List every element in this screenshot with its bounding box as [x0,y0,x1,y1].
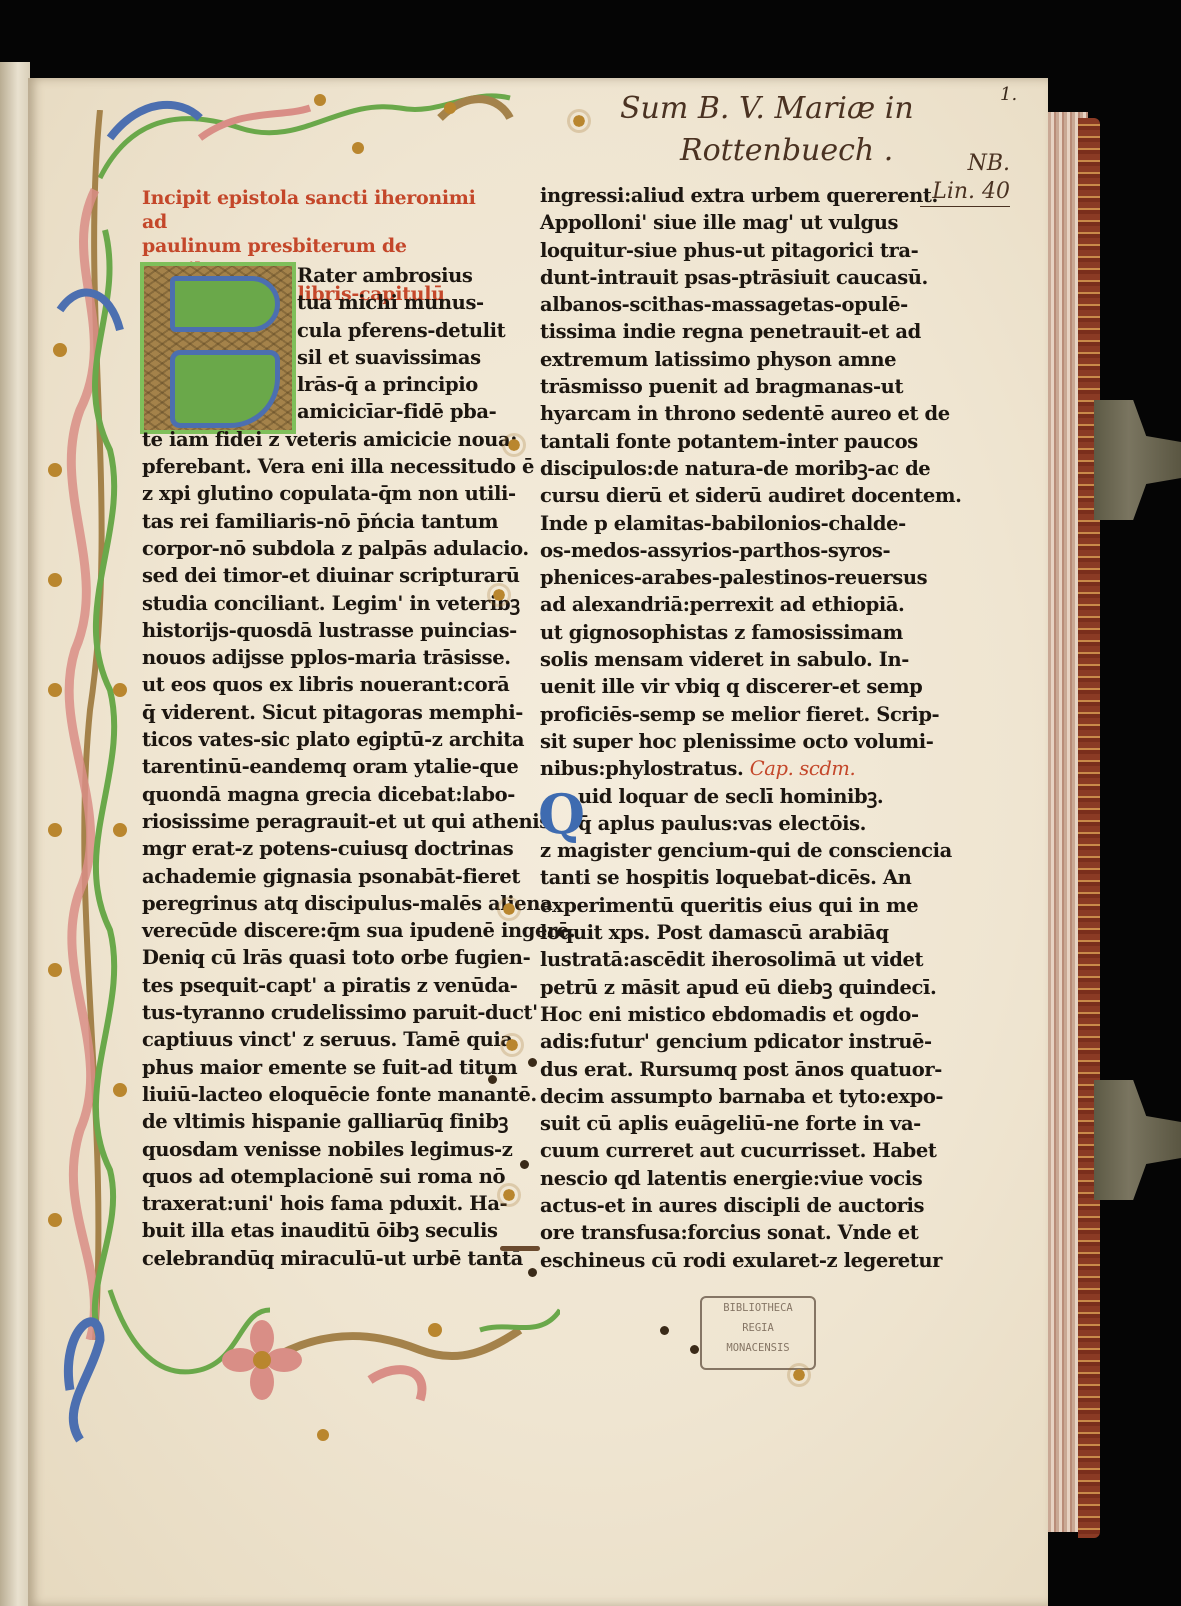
text-line: celebrandūq miraculū-ut urbē tantā [142,1245,492,1272]
provenance-line: Sum B. V. Mariæ in [620,88,960,130]
text-line: quosdam venisse nobiles legimus-z [142,1136,492,1163]
text-line: amicicīar-fidē pba- [142,398,492,425]
provenance-inscription: Sum B. V. Mariæ in Rottenbuech . [620,88,960,172]
text-line: discipulos:de natura-de moribꝫ-ac de [540,455,895,482]
text-line: experimentū queritis eius qui in me [540,892,895,919]
left-text-column: Rater ambrosius tua michi munus- cula pf… [142,262,492,1272]
text-line: Appolloni' siue ille mag' ut vulgus [540,209,895,236]
gold-sun-ornament [570,112,588,130]
gold-sun-ornament [505,436,523,454]
previous-page-edge [0,62,30,1606]
pricking-hole [528,1058,537,1067]
text-line: liuiū-lacteo eloquēcie fonte manantē. [142,1081,492,1108]
stamp-line: BIBLIOTHECA [702,1298,814,1318]
rubric-line: Incipit epistola sancti iheronimi ad [142,186,502,234]
text-line: historijs-quosdā lustrasse puincias- [142,617,492,644]
text-line: captiuus vinct' z seruus. Tamē quia [142,1026,492,1053]
text-line: solis mensam videret in sabulo. In- [540,646,895,673]
text-line: actus-et in aures discipli de auctoris [540,1192,895,1219]
text-line: de vltimis hispanie galliarūq finibꝫ [142,1108,492,1135]
text-line: achademie gignasia psonabāt-fieret [142,863,492,890]
provenance-line: Rottenbuech . [620,130,960,172]
text-line: lrās-q̄ a principio [142,371,492,398]
text-line: uenit ille vir vbiq q discerer-et semp [540,673,895,700]
text-line: z xpi glutino copulata-q̄m non utili- [142,480,492,507]
text-line: tissima indie regna penetrauit-et ad [540,318,895,345]
text-line: riosissime peragrauit-et ut qui athenis [142,808,492,835]
text-line: uid loquar de seclī hominibꝫ. [540,783,895,810]
folio-number: 1. [1000,84,1017,105]
text-line: sit super hoc plenissime octo volumi- [540,728,895,755]
text-line: Deniq cū lrās quasi toto orbe fugien- [142,944,492,971]
blue-initial-q: Q [538,788,580,840]
text-line: tes psequit-capt' a piratis z venūda- [142,972,492,999]
text-line: dunt-intrauit psas-ptrāsiuit caucasū. [540,264,895,291]
stamp-line: MONACENSIS [702,1338,814,1358]
text-line: sed dei timor-et diuinar scripturarū [142,562,492,589]
gold-sun-ornament [503,1036,521,1054]
text-line: studia conciliant. Legim' in veteribꝫ [142,590,492,617]
text-line: ut eos quos ex libris nouerant:corā [142,671,492,698]
text-line: Rater ambrosius [142,262,492,289]
text-line: peregrinus atq discipulus-malēs aliena [142,890,492,917]
gold-sun-ornament [790,1366,808,1384]
text-line: ut gignosophistas z famosissimam [540,619,895,646]
text-line: cursu dierū et siderū audiret docentem. [540,482,895,509]
text-line: trāsmisso puenit ad bragmanas-ut [540,373,895,400]
text-line: pferebant. Vera eni illa necessitudo ē [142,453,492,480]
pricking-hole [488,1075,497,1084]
text-line: Hoc eni mistico ebdomadis et ogdo- [540,1001,895,1028]
text-line: tua michi munus- [142,289,492,316]
text-line: tantali fonte potantem-inter paucos [540,428,895,455]
text-line: lustratā:ascēdit iherosolimā ut videt [540,946,895,973]
library-stamp: BIBLIOTHECA REGIA MONACENSIS [700,1296,816,1370]
text-line: dus erat. Rursumq post ānos quatuor- [540,1056,895,1083]
text-line: albanos-scithas-massagetas-opulē- [540,291,895,318]
left-border-ornament [40,110,130,1340]
upper-clasp [1094,400,1181,520]
paragraph-mark [500,1246,540,1251]
text-line: q̄ viderent. Sicut pitagoras memphi- [142,699,492,726]
text-line: Inde p elamitas-babilonios-chalde- [540,510,895,537]
text-line-with-chapter: nibus:phylostratus. Cap. scdm. [540,755,895,782]
text-line: loquit xps. Post damascū arabiāq [540,919,895,946]
text-line: hyarcam in throno sedentē aureo et de [540,400,895,427]
text-line: decim assumpto barnaba et tyto:expo- [540,1083,895,1110]
right-text-column: ingressi:aliud extra urbem quererent. Ap… [540,182,895,1274]
text-line: z magister gencium-qui de consciencia [540,837,895,864]
text-line: nouos adijsse pplos-maria trāsisse. [142,644,492,671]
stamp-line: REGIA [702,1318,814,1338]
text-line: tus-tyranno crudelissimo paruit-duct' [142,999,492,1026]
text-line: buit illa etas inauditū ōibꝫ seculis [142,1217,492,1244]
text-line: phus maior emente se fuit-ad titum [142,1054,492,1081]
text-line: phenices-arabes-palestinos-reuersus [540,564,895,591]
text-line: ad alexandriā:perrexit ad ethiopiā. [540,591,895,618]
text-line: cula pferens-detulit [142,317,492,344]
shelf-mark-line: NB. [920,150,1010,178]
text-line: traxerat:uni' hois fama pduxit. Ha- [142,1190,492,1217]
chapter-rubric: Cap. scdm. [750,757,856,780]
gold-sun-ornament [490,586,508,604]
pricking-hole [528,1268,537,1277]
text-line: nescio qd latentis energie:viue vocis [540,1165,895,1192]
text-line: mgr erat-z potens-cuiusq doctrinas [142,835,492,862]
text-line: petrū z māsit apud eū diebꝫ quindecī. [540,974,895,1001]
gold-sun-ornament [500,1186,518,1204]
text-line: quondā magna grecia dicebat:labo- [142,781,492,808]
text-line: adis:futur' gencium pdicator instruē- [540,1028,895,1055]
text-line: eschineus cū rodi exularet-z legeretur [540,1247,895,1274]
text-line: tarentinū-eandemq oram ytalie-que [142,753,492,780]
pricking-hole [690,1345,699,1354]
bottom-border-ornament [40,1270,560,1470]
text-line: corpor-nō subdola z palpās adulacio. [142,535,492,562]
text-segment: nibus:phylostratus. [540,757,743,780]
text-line: ingressi:aliud extra urbem quererent. [540,182,895,209]
text-line: q̄ aplus paulus:vas electōis. [540,810,895,837]
pricking-hole [660,1326,669,1335]
text-line: cuum curreret aut cucurrisset. Habet [540,1137,895,1164]
text-line: te iam fidei z veteris amicicie noua: [142,426,492,453]
text-line: tas rei familiaris-nō p̄ńcia tantum [142,508,492,535]
text-line: proficiēs-semp se melior fieret. Scrip- [540,701,895,728]
text-line: ticos vates-sic plato egiptū-z archita [142,726,492,753]
text-line: loquitur-siue phus-ut pitagorici tra- [540,237,895,264]
gold-sun-ornament [500,900,518,918]
text-line: sil et suavissimas [142,344,492,371]
pink-flower-icon [222,1320,302,1400]
text-line: ore transfusa:forcius sonat. Vnde et [540,1219,895,1246]
pricking-hole [520,1160,529,1169]
book-binding [1078,118,1100,1538]
lower-clasp [1094,1080,1181,1200]
text-line: os-medos-assyrios-parthos-syros- [540,537,895,564]
text-line: suit cū aplis euāgeliū-ne forte in va- [540,1110,895,1137]
text-line: extremum latissimo physon amne [540,346,895,373]
text-line: tanti se hospitis loquebat-dicēs. An [540,864,895,891]
text-line: quos ad otemplacionē sui roma nō [142,1163,492,1190]
text-line: verecūde discere:q̄m sua ipudenē ingerē. [142,917,492,944]
